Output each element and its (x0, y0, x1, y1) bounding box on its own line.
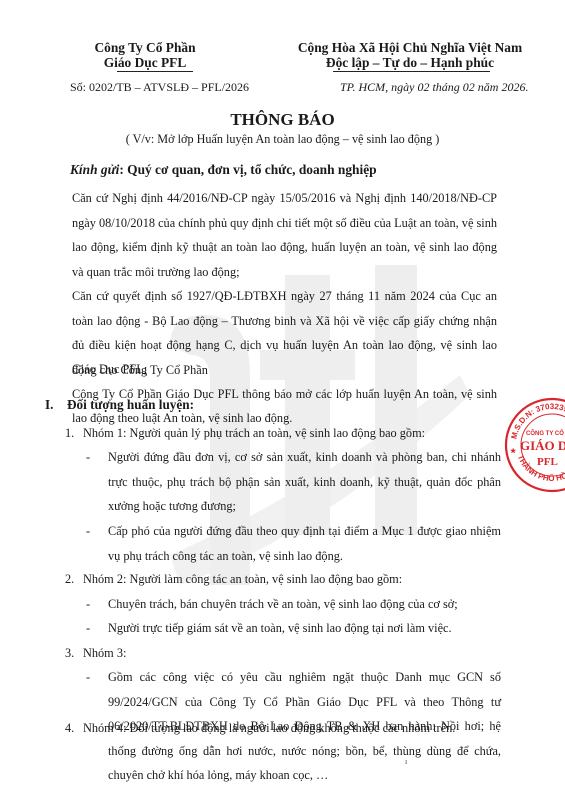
paragraph-company-name: Giáo Dục PFL; (72, 357, 497, 382)
bullet-text: Người đứng đầu đơn vị, cơ sở sản xuất, k… (108, 445, 501, 519)
section-heading: I.Đối tượng huấn luyện: (45, 397, 194, 413)
list-item: -Người trực tiếp giám sát về an toàn, vệ… (86, 616, 501, 641)
bullet-dash: - (86, 519, 90, 544)
national-title: Cộng Hòa Xã Hội Chủ Nghĩa Việt Nam (290, 40, 530, 55)
group-text: Nhóm 2: Người làm công tác an toàn, vệ s… (83, 572, 402, 586)
recipient-label: Kính gửi (70, 162, 119, 177)
bullet-dash: - (86, 445, 90, 470)
svg-text:GIÁO D: GIÁO D (520, 438, 565, 453)
company-name-line2: Giáo Dục PFL (80, 55, 210, 70)
national-motto: Độc lập – Tự do – Hạnh phúc (290, 55, 530, 70)
group-1: 1.Nhóm 1: Người quản lý phụ trách an toà… (65, 421, 425, 446)
recipient-value: : Quý cơ quan, đơn vị, tổ chức, doanh ng… (119, 162, 376, 177)
group-3: 3.Nhóm 3: (65, 641, 126, 666)
company-seal-stamp: M.S.D.N: 3703239 THÀNH PHỐ HỒ CÔNG TY CỔ… (502, 395, 565, 495)
group-number: 1. (65, 421, 83, 446)
bullet-text: Chuyên trách, bán chuyên trách về an toà… (108, 592, 501, 617)
svg-text:★: ★ (510, 447, 517, 455)
recipient-line: Kính gửi: Quý cơ quan, đơn vị, tổ chức, … (70, 162, 377, 178)
section-number: I. (45, 397, 67, 413)
document-number: Số: 0202/TB – ATVSLĐ – PFL/2026 (70, 80, 249, 95)
bullet-dash: - (86, 616, 90, 641)
svg-text:PFL: PFL (537, 456, 558, 468)
section-title: Đối tượng huấn luyện: (67, 397, 194, 412)
bullet-text: Người trực tiếp giám sát về an toàn, vệ … (108, 616, 501, 641)
national-header: Cộng Hòa Xã Hội Chủ Nghĩa Việt Nam Độc l… (290, 40, 530, 70)
motto-underline (333, 71, 490, 72)
group-number: 4. (65, 716, 83, 741)
bullet-dash: - (86, 665, 90, 690)
company-name-line1: Công Ty Cổ Phần (80, 40, 210, 55)
group-text: Nhóm 3: (83, 646, 126, 660)
list-item: -Cấp phó của người đứng đầu theo quy địn… (86, 519, 501, 568)
bullet-text: Cấp phó của người đứng đầu theo quy định… (108, 519, 501, 568)
list-item: -Chuyên trách, bán chuyên trách về an to… (86, 592, 501, 617)
company-underline (117, 71, 193, 72)
document-page: Công Ty Cổ Phần Giáo Dục PFL Cộng Hòa Xã… (0, 0, 565, 807)
bullet-dash: - (86, 592, 90, 617)
document-date: TP. HCM, ngày 02 tháng 02 năm 2026. (340, 80, 528, 95)
paragraph-legal-basis-1: Căn cứ Nghị định 44/2016/NĐ-CP ngày 15/0… (72, 186, 497, 284)
svg-text:CÔNG TY CỔ: CÔNG TY CỔ (526, 429, 564, 437)
group-text: Nhóm 4: Đối tượng lao động là người lao … (83, 721, 455, 735)
document-title: THÔNG BÁO (0, 110, 565, 130)
list-item: -Người đứng đầu đơn vị, cơ sở sản xuất, … (86, 445, 501, 519)
group-4: 4.Nhóm 4: Đối tượng lao động là người la… (65, 716, 455, 741)
group-number: 2. (65, 567, 83, 592)
group-text: Nhóm 1: Người quản lý phụ trách an toàn,… (83, 426, 425, 440)
group-number: 3. (65, 641, 83, 666)
group-2: 2.Nhóm 2: Người làm công tác an toàn, vệ… (65, 567, 402, 592)
document-subject: ( V/v: Mở lớp Huấn luyện An toàn lao độn… (0, 132, 565, 147)
company-header: Công Ty Cổ Phần Giáo Dục PFL (80, 40, 210, 70)
